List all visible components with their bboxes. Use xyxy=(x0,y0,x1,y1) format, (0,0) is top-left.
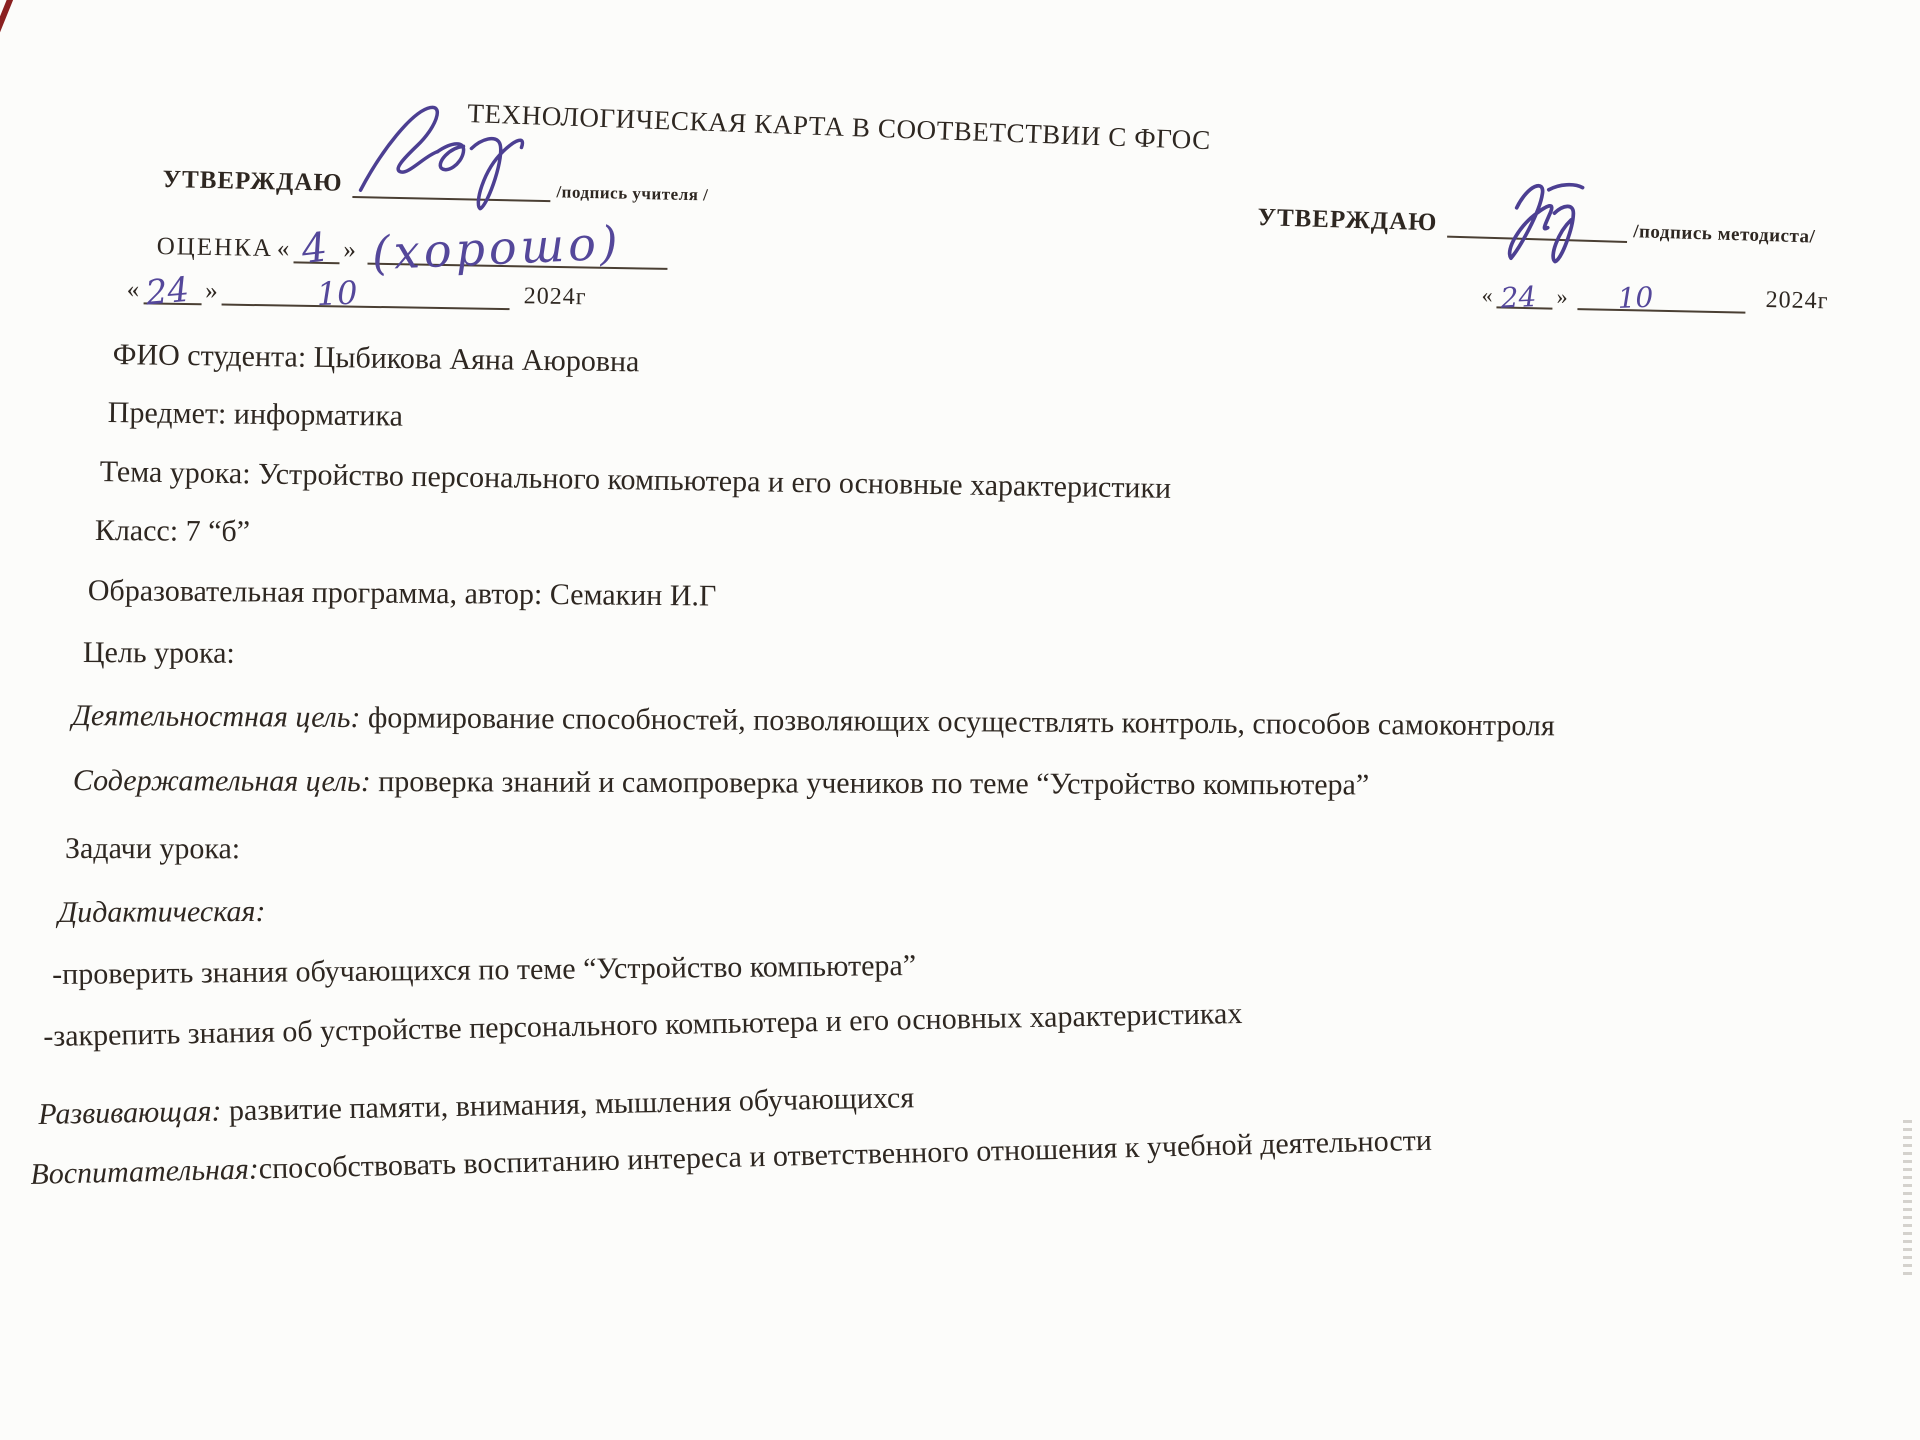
grade-word-handwritten: (хорошо) xyxy=(371,216,623,281)
line-student-name: ФИО студента: Цыбикова Аяна Аюровна xyxy=(113,338,640,379)
line-educational: Воспитательная:способствовать воспитанию… xyxy=(30,1124,1432,1192)
line-text: формирование способностей, позволяющих о… xyxy=(360,701,1555,742)
line-text: способствовать воспитанию интереса и отв… xyxy=(258,1124,1432,1186)
line-label: Дидактическая: xyxy=(58,895,266,929)
scan-artifact-icon xyxy=(0,0,17,45)
line-text: Тема урока: Устройство персонального ком… xyxy=(99,455,1171,505)
approve-left-label: УТВЕРЖДАЮ xyxy=(162,166,342,198)
teacher-signature-caption: /подпись учителя / xyxy=(550,182,708,205)
date-year: 2024г xyxy=(1745,287,1828,316)
teacher-signature xyxy=(352,92,554,214)
scan-noise xyxy=(1903,1120,1912,1280)
quote-open: « xyxy=(273,235,294,263)
methodist-signature xyxy=(1481,165,1604,269)
line-label: Воспитательная: xyxy=(30,1152,259,1191)
grade-label: ОЦЕНКА xyxy=(157,233,274,263)
grade-word-line: (хорошо) xyxy=(368,246,668,270)
quote-open: « xyxy=(123,276,144,304)
date-month-handwritten: 10 xyxy=(1617,281,1654,315)
line-didactic: Дидактическая: xyxy=(58,895,266,930)
date-day-handwritten: 24 xyxy=(1500,280,1537,315)
line-content-goal: Содержательная цель: проверка знаний и с… xyxy=(73,764,1369,803)
date-row-left: « 24 » 10 2024г xyxy=(123,276,587,311)
line-text: Образовательная программа, автор: Семаки… xyxy=(88,574,717,612)
line-task-consolidate: -закрепить знания об устройстве персонал… xyxy=(43,997,1243,1054)
line-text: -проверить знания обучающихся по теме “У… xyxy=(52,949,916,991)
line-text: Цель урока: xyxy=(83,636,235,670)
line-text: -закрепить знания об устройстве персонал… xyxy=(43,997,1243,1053)
line-lesson-goal: Цель урока: xyxy=(83,636,235,671)
line-text: развитие памяти, внимания, мышления обуч… xyxy=(221,1081,914,1127)
teacher-signature-line xyxy=(352,179,550,202)
line-task-check-knowledge: -проверить знания обучающихся по теме “У… xyxy=(52,949,916,992)
line-text: Класс: 7 “б” xyxy=(95,514,250,548)
date-day-handwritten: 24 xyxy=(144,270,191,314)
line-activity-goal: Деятельностная цель: формирование способ… xyxy=(72,699,1555,743)
line-label: Деятельностная цель: xyxy=(72,699,361,734)
grade-row: ОЦЕНКА « 4 » (хорошо) xyxy=(157,233,669,270)
quote-close: » xyxy=(1552,284,1572,310)
quote-close: » xyxy=(201,277,222,305)
scanned-document-page: ТЕХНОЛОГИЧЕСКАЯ КАРТА В СООТВЕТСТВИИ С Ф… xyxy=(0,0,1920,1440)
grade-line: 4 xyxy=(293,245,339,265)
grade-value-handwritten: 4 xyxy=(299,224,330,273)
document-title: ТЕХНОЛОГИЧЕСКАЯ КАРТА В СООТВЕТСТВИИ С Ф… xyxy=(467,98,1211,156)
quote-open: « xyxy=(1477,282,1497,308)
date-month-line: 10 xyxy=(222,287,510,310)
line-text: Задачи урока: xyxy=(65,832,240,865)
date-year: 2024г xyxy=(510,283,587,311)
line-lesson-tasks: Задачи урока: xyxy=(65,832,240,866)
date-row-right: « 24 » 10 2024г xyxy=(1477,281,1828,315)
line-text: проверка знаний и самопроверка учеников … xyxy=(371,765,1370,801)
methodist-signature-line xyxy=(1447,219,1627,243)
date-month-line: 10 xyxy=(1577,291,1745,313)
line-label: Содержательная цель: xyxy=(73,764,371,798)
line-text: Предмет: информатика xyxy=(108,396,403,433)
methodist-signature-caption: /подпись методиста/ xyxy=(1627,221,1816,249)
approval-left-row: УТВЕРЖДАЮ /подпись учителя / xyxy=(162,166,708,205)
date-month-handwritten: 10 xyxy=(316,274,358,313)
approval-right-row: УТВЕРЖДАЮ /подпись методиста/ xyxy=(1257,204,1816,249)
line-developmental: Развивающая: развитие памяти, внимания, … xyxy=(38,1081,914,1132)
date-day-line: 24 xyxy=(1496,290,1552,310)
quote-close: » xyxy=(339,236,360,264)
line-subject: Предмет: информатика xyxy=(108,396,404,434)
line-text: ФИО студента: Цыбикова Аяна Аюровна xyxy=(113,338,640,378)
approve-right-label: УТВЕРЖДАЮ xyxy=(1257,204,1438,237)
line-label: Развивающая: xyxy=(38,1094,222,1131)
line-lesson-topic: Тема урока: Устройство персонального ком… xyxy=(99,455,1171,506)
line-class: Класс: 7 “б” xyxy=(95,514,250,549)
date-day-line: 24 xyxy=(143,286,201,306)
line-program-author: Образовательная программа, автор: Семаки… xyxy=(88,574,717,613)
